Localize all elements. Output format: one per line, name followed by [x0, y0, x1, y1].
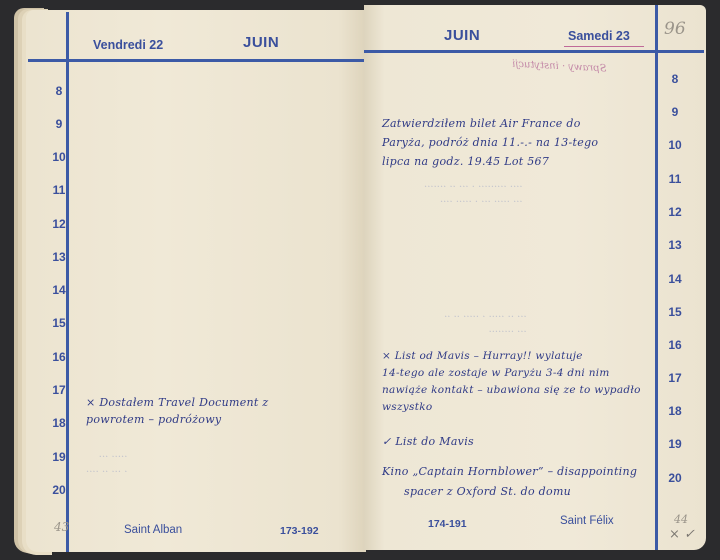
- hour-label: 14: [48, 283, 70, 297]
- right-page-number-pencil: 44: [674, 513, 688, 526]
- hour-label: 10: [664, 138, 686, 152]
- hour-label: 10: [48, 150, 70, 164]
- check-marks: × ✓: [669, 527, 695, 542]
- ghost-line: ··· ········: [444, 325, 527, 340]
- handwritten-entry-16h: × List od Mavis – Hurray!! wylatuje 14-t…: [382, 348, 641, 416]
- left-page: Vendredi 22 JUIN 8 9 10 11 12 13 14 15 1…: [26, 10, 366, 552]
- entry-line: wszystko: [382, 399, 641, 416]
- hour-label: 15: [664, 305, 686, 319]
- handwritten-entry-20h: Kino „Captain Hornblower” – disappointin…: [382, 462, 637, 502]
- hour-label: 17: [48, 383, 70, 397]
- hour-label: 16: [48, 350, 70, 364]
- left-header-rule: [28, 59, 366, 62]
- hour-label: 19: [664, 437, 686, 451]
- hour-label: 9: [48, 117, 70, 131]
- corner-pencil-number: 96: [664, 19, 686, 39]
- pink-bleed-note: Sprawy · instytucji: [512, 59, 607, 75]
- hour-label: 8: [48, 84, 70, 98]
- entry-line: × Dostałem Travel Document z: [86, 394, 269, 411]
- left-day-label: Vendredi 22: [93, 38, 163, 52]
- bleed-through-text: ····· ··· · ··· ·· ····: [86, 450, 127, 480]
- ghost-line: ···· ········· · ··· ·· ·······: [424, 180, 523, 195]
- hour-label: 11: [48, 183, 70, 197]
- hour-label: 13: [48, 250, 70, 264]
- hour-label: 11: [664, 172, 686, 186]
- handwritten-entry-19h: ✓ List do Mavis: [382, 433, 474, 450]
- entry-line: powrotem – podróżowy: [86, 411, 269, 428]
- right-month-label: JUIN: [444, 27, 480, 44]
- open-diary: Vendredi 22 JUIN 8 9 10 11 12 13 14 15 1…: [0, 0, 720, 560]
- hour-label: 12: [48, 217, 70, 231]
- entry-line: nawiąże kontakt – ubawiona się ze to wyp…: [382, 382, 641, 399]
- handwritten-entry-17h: × Dostałem Travel Document z powrotem – …: [86, 394, 269, 428]
- hour-label: 18: [48, 416, 70, 430]
- entry-line: 14-tego ale zostaje w Paryżu 3-4 dni nim: [382, 365, 641, 382]
- hour-label: 20: [48, 483, 70, 497]
- hour-label: 16: [664, 338, 686, 352]
- hour-label: 17: [664, 371, 686, 385]
- ghost-line: ····· ···: [86, 450, 127, 465]
- handwritten-entry-9h: Zatwierdziłem bilet Air France do Paryża…: [382, 114, 598, 171]
- hour-label: 14: [664, 272, 686, 286]
- entry-line: lipca na godz. 19.45 Lot 567: [382, 152, 598, 171]
- hour-label: 19: [48, 450, 70, 464]
- hour-label: 13: [664, 238, 686, 252]
- left-month-label: JUIN: [243, 34, 279, 51]
- entry-line: Zatwierdziłem bilet Air France do: [382, 114, 598, 133]
- left-day-count: 173-192: [280, 525, 319, 537]
- left-saint-of-day: Saint Alban: [124, 524, 182, 536]
- pink-underline: [564, 46, 644, 47]
- entry-line: ✓ List do Mavis: [382, 433, 474, 450]
- right-header-rule: [364, 50, 704, 53]
- bleed-through-text: ···· ········· · ··· ·· ······· ··· ····…: [424, 180, 523, 210]
- hour-label: 18: [664, 404, 686, 418]
- entry-line: spacer z Oxford St. do domu: [382, 482, 637, 502]
- hour-label: 12: [664, 205, 686, 219]
- right-margin-rule: [655, 5, 658, 550]
- right-day-label: Samedi 23: [568, 29, 630, 43]
- entry-line: × List od Mavis – Hurray!! wylatuje: [382, 348, 641, 365]
- hour-label: 15: [48, 316, 70, 330]
- bleed-through-text: ··· ·· ····· · ····· ·· ·· ··· ········: [444, 310, 527, 340]
- ghost-line: ··· ····· ··· · ····· ····: [424, 195, 523, 210]
- hour-label: 9: [664, 105, 686, 119]
- right-page: JUIN Samedi 23 96 Sprawy · instytucji 8 …: [364, 5, 706, 550]
- left-page-number-pencil: 43: [54, 520, 69, 534]
- entry-line: Kino „Captain Hornblower” – disappointin…: [382, 462, 637, 482]
- right-day-count: 174-191: [428, 518, 467, 530]
- entry-line: Paryża, podróż dnia 11.-.- na 13-tego: [382, 133, 598, 152]
- hour-label: 8: [664, 72, 686, 86]
- ghost-line: · ··· ·· ····: [86, 465, 127, 480]
- ghost-line: ··· ·· ····· · ····· ·· ··: [444, 310, 527, 325]
- right-saint-of-day: Saint Félix: [560, 515, 614, 527]
- hour-label: 20: [664, 471, 686, 485]
